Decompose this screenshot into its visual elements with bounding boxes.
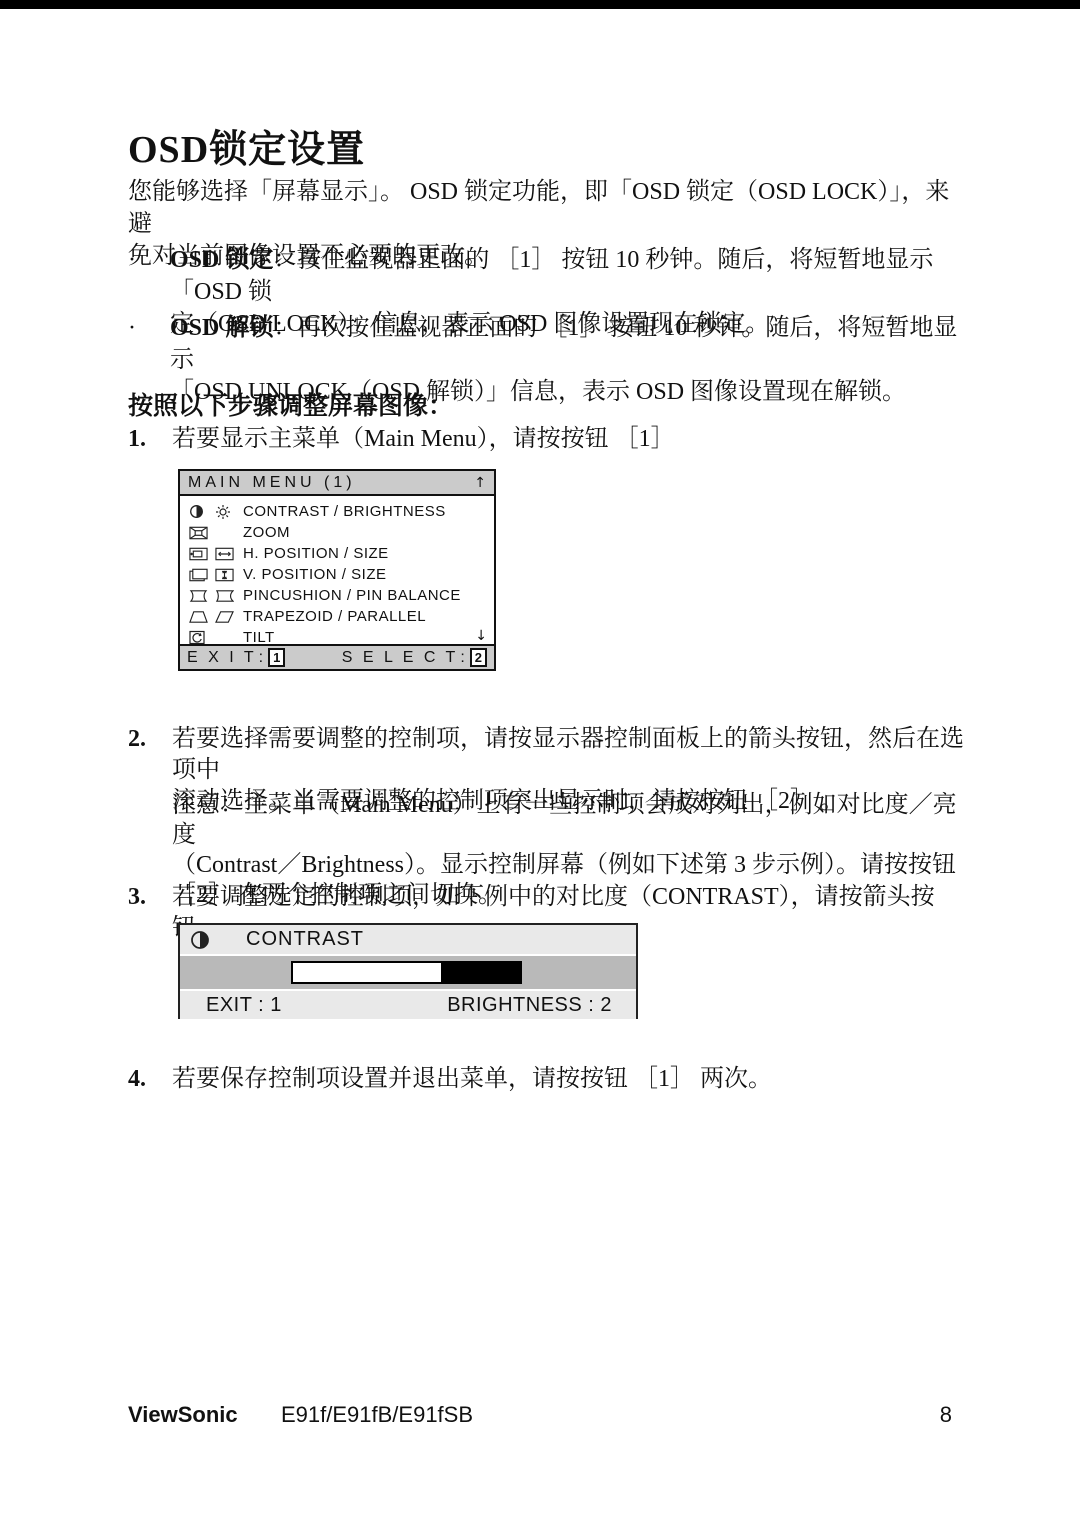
page-top-black-bar [0,0,1080,9]
page-number: 8 [940,1402,952,1428]
menu-item-label: H. POSITION / SIZE [243,545,389,562]
osd-main-menu-panel: MAIN MENU (1) ↑ CONTRAST / BRIGHTNESS ZO… [178,469,496,671]
step-2-number: 2. [128,724,172,817]
menu-item-trapezoid-parallel: TRAPEZOID / PARALLEL [180,606,494,627]
page-footer: ViewSonic E91f/E91fB/E91fSB 8 [0,1402,1080,1432]
scroll-down-icon: ↓ [475,628,487,644]
menu-item-tilt: TILT [180,627,494,648]
contrast-exit-hint: EXIT : 1 [206,994,282,1017]
contrast-brightness-hint: BRIGHTNESS : 2 [447,994,612,1017]
contrast-bar-filled-segment [441,963,520,982]
step-1-text: 若要显示主菜单（Main Menu），请按按钮 ［1］ [172,424,978,455]
pin-balance-icon [215,589,243,603]
menu-item-label: TRAPEZOID / PARALLEL [243,608,426,625]
menu-item-v-position-size: V. POSITION / SIZE [180,564,494,585]
scroll-up-icon: ↑ [474,475,486,491]
zoom-icon [189,526,215,540]
osd-menu-body: CONTRAST / BRIGHTNESS ZOOM H. POSITION /… [180,496,494,644]
osd-menu-header: MAIN MENU (1) ↑ [180,471,494,496]
bullet-osd-lock-term: OSD 锁定 [170,247,273,273]
step-4: 4. 若要保存控制项设置并退出菜单，请按按钮 ［1］ 两次。 [128,1064,978,1095]
select-hint: S E L E C T : 2 [342,648,487,667]
exit-hint: E X I T : 1 [187,648,285,667]
menu-item-contrast-brightness: CONTRAST / BRIGHTNESS [180,501,494,522]
tilt-icon [189,630,215,645]
parallel-icon [215,610,243,624]
contrast-slider-track [180,956,636,989]
step-3-number: 3. [128,882,172,944]
key-2-badge: 2 [470,648,487,667]
page-title: OSD锁定设置 [128,118,365,173]
contrast-panel-footer: EXIT : 1 BRIGHTNESS : 2 [180,991,636,1019]
menu-item-label: ZOOM [243,524,290,541]
osd-menu-title: MAIN MENU (1) [188,474,356,492]
contrast-icon [190,930,210,950]
model-numbers: E91f/E91fB/E91fSB [281,1402,473,1428]
brightness-icon [215,504,243,520]
contrast-icon [189,504,215,519]
step-1: 1. 若要显示主菜单（Main Menu），请按按钮 ［1］ [128,424,978,455]
bullet-osd-unlock-term: OSD 解锁 [170,315,273,341]
key-1-badge: 1 [268,648,285,667]
contrast-control-panel: CONTRAST EXIT : 1 BRIGHTNESS : 2 [178,923,638,1019]
menu-item-label: TILT [243,629,275,646]
step-1-number: 1. [128,424,172,455]
select-colon: : [460,649,467,667]
viewsonic-logo-text: ViewSonic [128,1402,238,1428]
steps-heading: 按照以下步骤调整屏幕图像： [128,386,453,422]
menu-item-pincushion-pinbalance: PINCUSHION / PIN BALANCE [180,585,494,606]
menu-item-h-position-size: H. POSITION / SIZE [180,543,494,564]
menu-item-label: V. POSITION / SIZE [243,566,386,583]
trapezoid-icon [189,610,215,624]
manual-page: OSD锁定设置 您能够选择「屏幕显示」。 OSD 锁定功能，即「OSD 锁定（O… [0,0,1080,1527]
h-size-icon [215,547,243,561]
v-position-icon [189,568,215,582]
contrast-level-bar [291,961,522,984]
v-size-icon [215,568,243,582]
contrast-panel-title: CONTRAST [246,928,364,951]
contrast-panel-header: CONTRAST [180,925,636,954]
pincushion-icon [189,589,215,603]
exit-colon: : [259,649,266,667]
step-4-number: 4. [128,1064,172,1095]
menu-item-zoom: ZOOM [180,522,494,543]
select-label: S E L E C T [342,649,459,667]
menu-item-label: CONTRAST / BRIGHTNESS [243,503,446,520]
step-4-text: 若要保存控制项设置并退出菜单，请按按钮 ［1］ 两次。 [172,1064,978,1095]
menu-item-label: PINCUSHION / PIN BALANCE [243,587,461,604]
exit-label: E X I T [187,649,257,667]
h-position-icon [189,547,215,561]
